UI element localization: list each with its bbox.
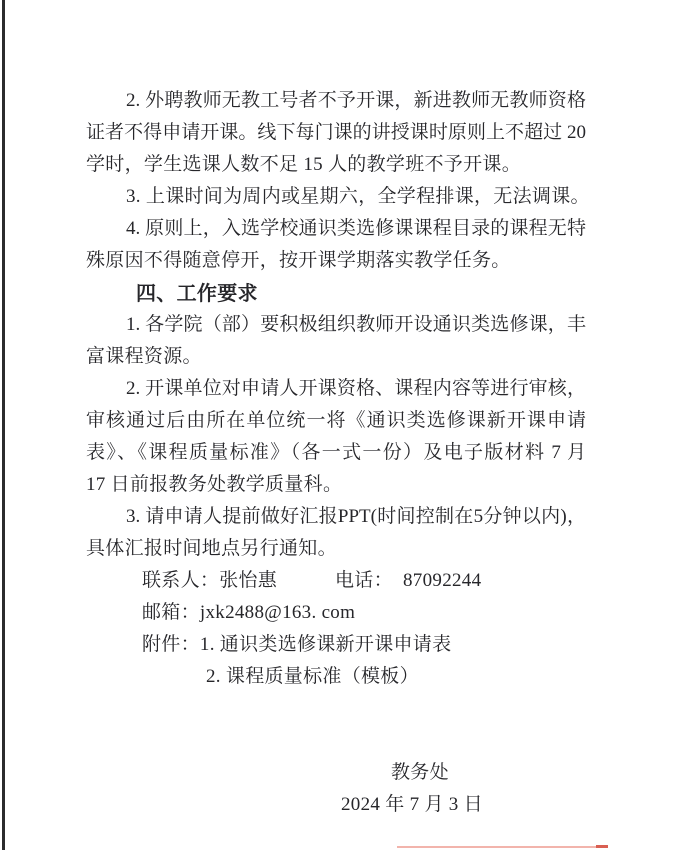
text-line: 4. 原则上，入选学校通识类选修课课程目录的课程无特 <box>86 213 586 245</box>
text-line: 具体汇报时间地点另行通知。 <box>86 533 586 565</box>
document-body: 2. 外聘教师无教工号者不予开课，新进教师无教师资格证者不得申请开课。线下每门课… <box>86 85 586 821</box>
stamp-artifact-line <box>397 846 607 848</box>
text-line: 证者不得申请开课。线下每门课的讲授课时原则上不超过 20 <box>86 117 586 149</box>
text-line: 殊原因不得随意停开，按开课学期落实教学任务。 <box>86 245 586 277</box>
text-line: 2. 课程质量标准（模板） <box>86 661 586 693</box>
text-line: 2. 外聘教师无教工号者不予开课，新进教师无教师资格 <box>86 85 586 117</box>
text-line <box>86 725 586 757</box>
text-line: 联系人：张怡惠 电话： 87092244 <box>86 565 586 597</box>
text-line: 2024 年 7 月 3 日 <box>86 789 586 821</box>
page-edge-line <box>2 0 5 850</box>
text-line: 1. 各学院（部）要积极组织教师开设通识类选修课，丰 <box>86 309 586 341</box>
text-line: 邮箱：jxk2488@163. com <box>86 597 586 629</box>
text-line: 3. 请申请人提前做好汇报PPT(时间控制在5分钟以内)， <box>86 501 586 533</box>
text-line: 附件：1. 通识类选修课新开课申请表 <box>86 629 586 661</box>
text-line: 学时，学生选课人数不足 15 人的教学班不予开课。 <box>86 149 586 181</box>
text-line: 表》、《课程质量标准》（各一式一份）及电子版材料 7 月 <box>86 437 586 469</box>
document-page: { "page": { "background": "#ffffff", "ed… <box>0 0 683 850</box>
text-line: 富课程资源。 <box>86 341 586 373</box>
text-line: 教务处 <box>86 757 586 789</box>
text-line: 2. 开课单位对申请人开课资格、课程内容等进行审核， <box>86 373 586 405</box>
text-line <box>86 693 586 725</box>
text-line: 四、工作要求 <box>86 277 586 309</box>
text-line: 审核通过后由所在单位统一将《通识类选修课新开课申请 <box>86 405 586 437</box>
text-line: 17 日前报教务处教学质量科。 <box>86 469 586 501</box>
stamp-artifact-line-dark <box>596 845 608 848</box>
text-line: 3. 上课时间为周内或星期六，全学程排课，无法调课。 <box>86 181 586 213</box>
